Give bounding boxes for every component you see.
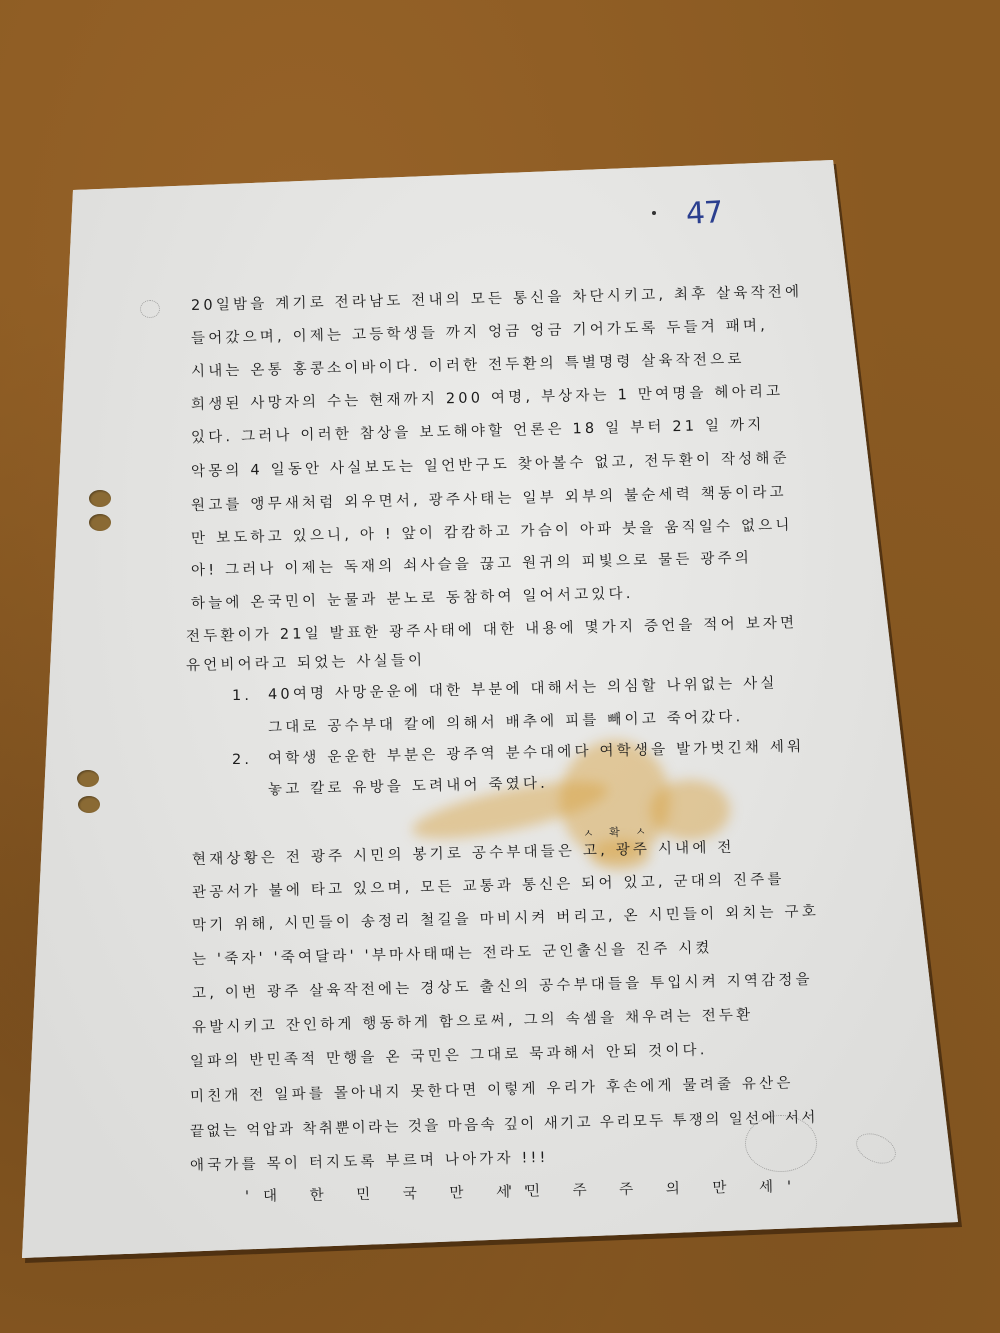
list-item-number: 1. — [232, 688, 252, 704]
punch-hole — [77, 770, 99, 787]
list-item-number: 2. — [232, 752, 252, 768]
water-stain — [650, 780, 730, 840]
page-number-dot — [652, 211, 656, 215]
page-number: 47 — [685, 195, 723, 232]
punch-hole — [78, 796, 100, 813]
punch-hole — [89, 514, 111, 531]
punch-hole — [89, 490, 111, 507]
fingerprint-smudge — [140, 300, 160, 318]
